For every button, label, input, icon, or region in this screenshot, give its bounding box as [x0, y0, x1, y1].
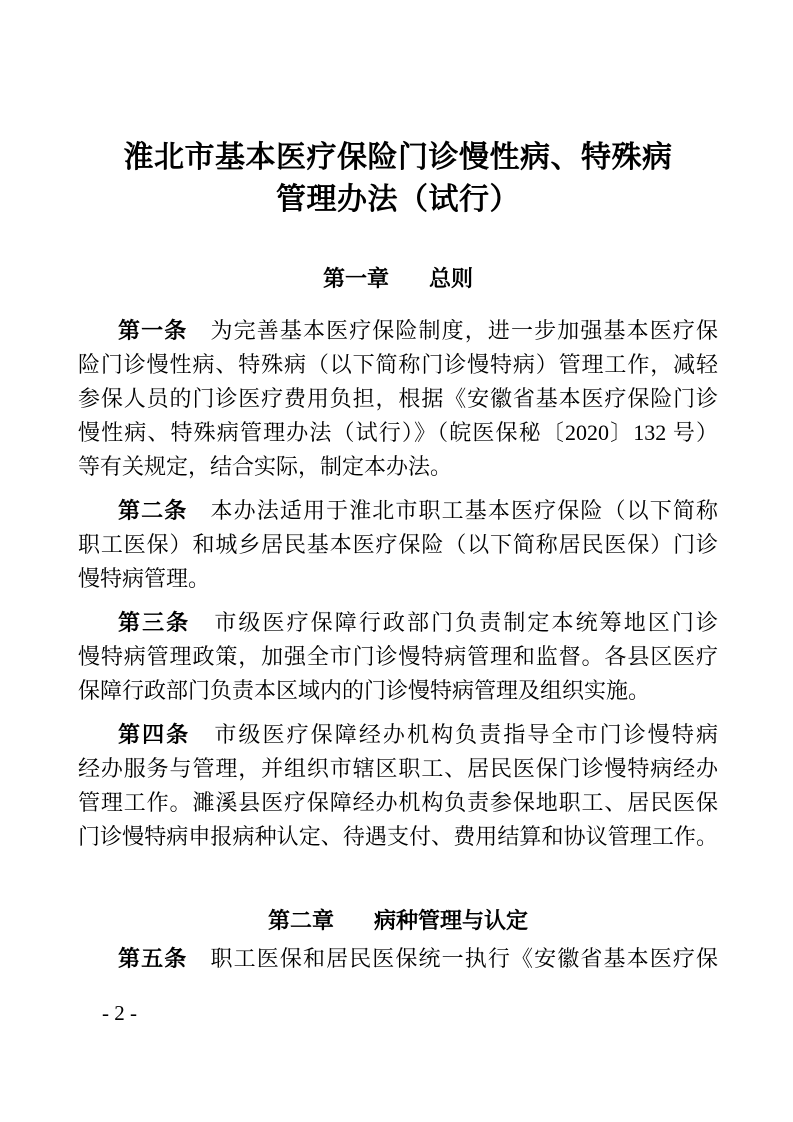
chapter-heading: 第二章病种管理与认定 [78, 904, 718, 938]
page-number: - 2 - [102, 1001, 137, 1025]
article-paragraph: 第三条市级医疗保障行政部门负责制定本统筹地区门诊慢特病管理政策，加强全市门诊慢特… [78, 606, 718, 708]
article-paragraph: 第四条市级医疗保障经办机构负责指导全市门诊慢特病经办服务与管理，并组织市辖区职工… [78, 718, 718, 854]
article-paragraph: 第五条职工医保和居民医保统一执行《安徽省基本医疗保 [78, 942, 718, 976]
article-line: 慢性病、特殊病管理办法（试行）》（皖医保秘〔2020〕132 号） [78, 416, 718, 450]
article-line: 险门诊慢性病、特殊病（以下简称门诊慢特病）管理工作，减轻 [78, 348, 718, 382]
chapter-label: 第一章 [323, 266, 389, 291]
article-line: 职工医保）和城乡居民基本医疗保险（以下简称居民医保）门诊 [78, 528, 718, 562]
article-line: 保障行政部门负责本区域内的门诊慢特病管理及组织实施。 [78, 674, 718, 708]
article-line: 门诊慢特病申报病种认定、待遇支付、费用结算和协议管理工作。 [78, 820, 718, 854]
document-content: 淮北市基本医疗保险门诊慢性病、特殊病 管理办法（试行） 第一章总则第一条为完善基… [0, 0, 793, 976]
document-title: 淮北市基本医疗保险门诊慢性病、特殊病 管理办法（试行） [78, 137, 718, 221]
article-line: 慢特病管理政策，加强全市门诊慢特病管理和监督。各县区医疗 [78, 640, 718, 674]
article-label: 第一条 [118, 318, 187, 343]
article-label: 第五条 [118, 946, 187, 971]
document-page: 淮北市基本医疗保险门诊慢性病、特殊病 管理办法（试行） 第一章总则第一条为完善基… [0, 0, 793, 1122]
article-line: 第一条为完善基本医疗保险制度，进一步加强基本医疗保 [78, 314, 718, 348]
article-line: 第四条市级医疗保障经办机构负责指导全市门诊慢特病 [78, 718, 718, 752]
title-line-2: 管理办法（试行） [78, 179, 718, 221]
chapter-heading: 第一章总则 [78, 262, 718, 296]
title-line-1: 淮北市基本医疗保险门诊慢性病、特殊病 [78, 137, 718, 179]
article-line: 参保人员的门诊医疗费用负担，根据《安徽省基本医疗保险门诊 [78, 382, 718, 416]
article-line: 第二条本办法适用于淮北市职工基本医疗保险（以下简称 [78, 494, 718, 528]
article-line: 经办服务与管理，并组织市辖区职工、居民医保门诊慢特病经办 [78, 752, 718, 786]
document-blocks: 第一章总则第一条为完善基本医疗保险制度，进一步加强基本医疗保险门诊慢性病、特殊病… [78, 262, 718, 976]
article-line: 等有关规定，结合实际，制定本办法。 [78, 450, 718, 484]
article-paragraph: 第二条本办法适用于淮北市职工基本医疗保险（以下简称职工医保）和城乡居民基本医疗保… [78, 494, 718, 596]
article-line: 慢特病管理。 [78, 562, 718, 596]
article-label: 第四条 [118, 722, 190, 747]
article-label: 第二条 [118, 498, 187, 523]
article-line: 管理工作。濉溪县医疗保障经办机构负责参保地职工、居民医保 [78, 786, 718, 820]
article-line: 第三条市级医疗保障行政部门负责制定本统筹地区门诊 [78, 606, 718, 640]
article-line: 第五条职工医保和居民医保统一执行《安徽省基本医疗保 [78, 942, 718, 976]
chapter-label: 第二章 [268, 908, 334, 933]
article-paragraph: 第一条为完善基本医疗保险制度，进一步加强基本医疗保险门诊慢性病、特殊病（以下简称… [78, 314, 718, 484]
chapter-title: 病种管理与认定 [374, 908, 528, 933]
article-label: 第三条 [118, 610, 190, 635]
chapter-title: 总则 [429, 266, 473, 291]
